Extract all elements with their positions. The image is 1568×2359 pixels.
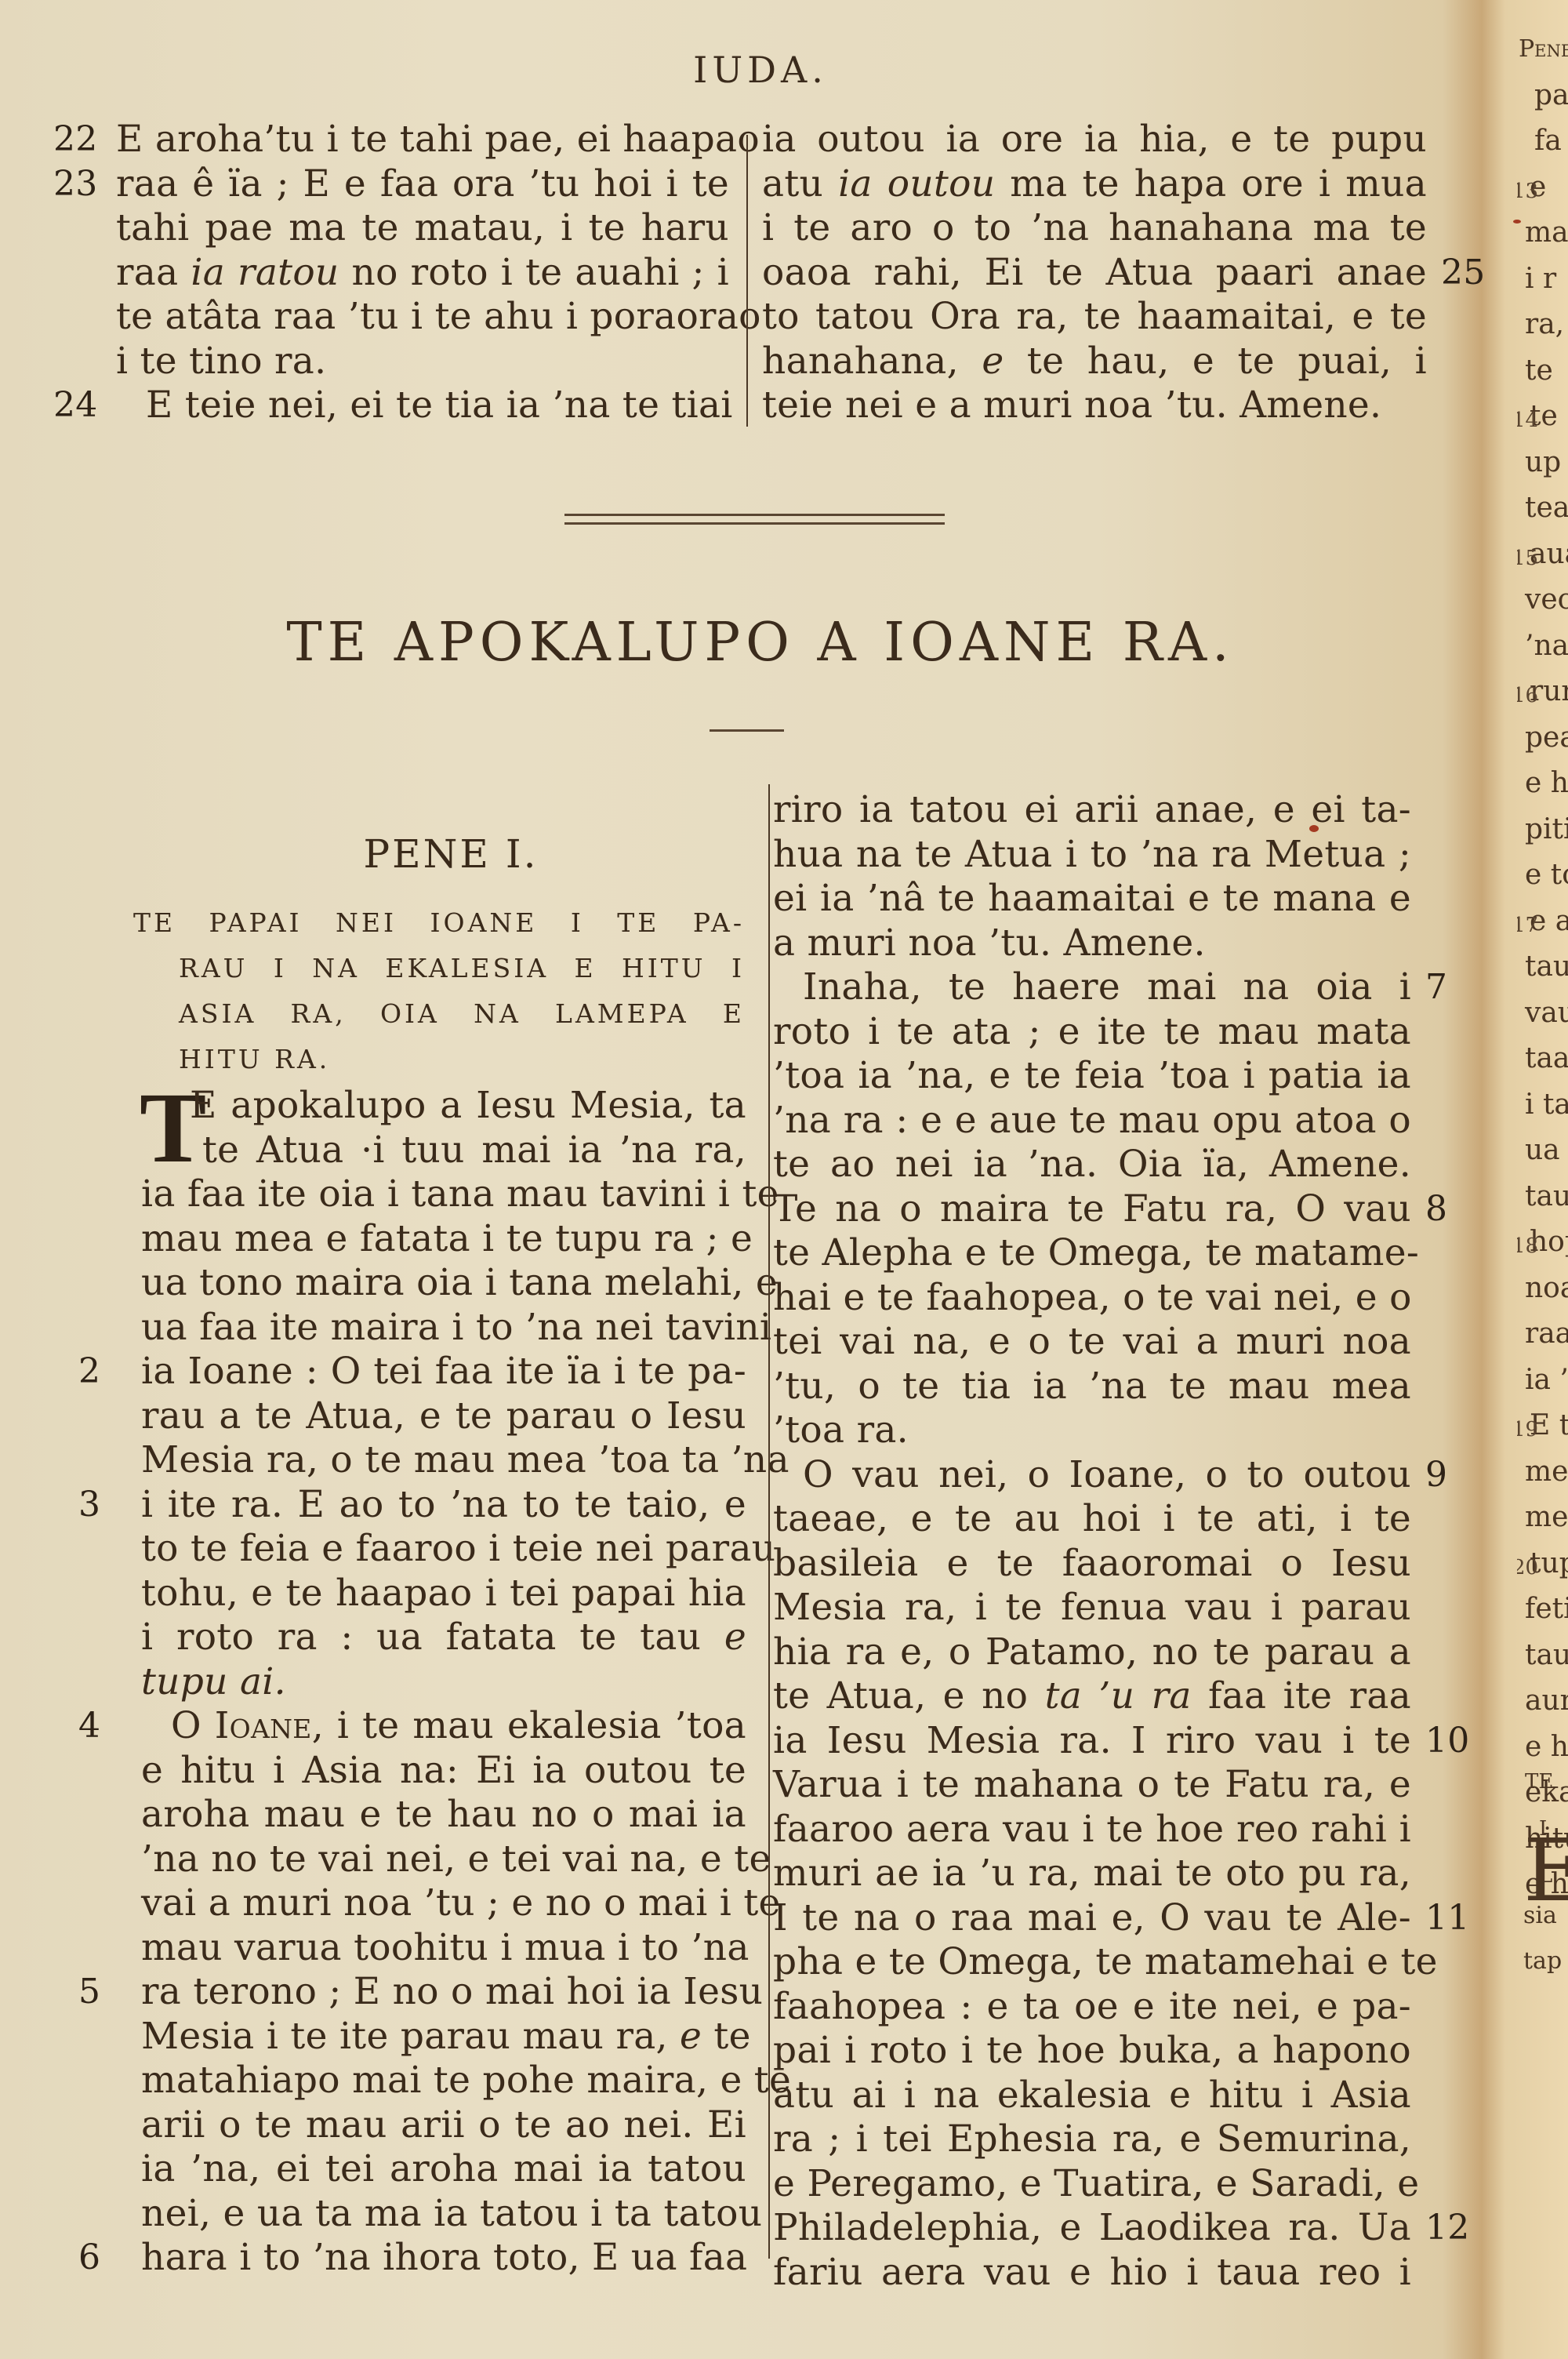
sliver-line: feti [1525, 1591, 1568, 1627]
text-segment: te hau, e te puai, i [1004, 340, 1427, 383]
sliver-line: e h [1525, 765, 1568, 801]
italic-text: e [680, 2015, 702, 2058]
line-text: hia ra e, o Patamo, no te parau a [773, 1630, 1411, 1674]
chapter-summary: TE PAPAI NEI IOANE I TE PA-RAU I NA EKAL… [133, 900, 745, 1082]
sliver-line: tea [1525, 490, 1568, 525]
sliver-line: piti [1525, 812, 1568, 847]
text-segment: ma te hapa ore i mua [995, 162, 1427, 205]
line-text: Mesia ra, o te mau mea ’toa ta ’na [141, 1438, 789, 1481]
sliver-verse-number: 15 [1517, 541, 1538, 576]
sliver-line: up [1525, 445, 1561, 480]
text-line: mau varua toohitu i mua i to ’na [141, 1926, 746, 1971]
text-line: O vau nei, o Ioane, o to outou9 [773, 1453, 1411, 1498]
text-line: vai a muri noa ’tu ; e no o mai i te [141, 1881, 746, 1926]
text-line: fariu aera vau e hio i taua reo i [773, 2251, 1411, 2295]
line-text: oaoa rahi, Ei te Atua paari anae [762, 251, 1427, 294]
text-segment: hanahana, [762, 340, 982, 383]
sliver-line: ra, [1525, 307, 1564, 342]
text-line: e Peregamo, e Tuatira, e Saradi, e [773, 2162, 1411, 2207]
line-text: tei vai na, e o te vai a muri noa [773, 1320, 1411, 1363]
line-text: rau a te Atua, e te parau o Iesu [141, 1394, 746, 1438]
text-line: E aroha’tu i te tahi pae, ei haapao22 [116, 118, 729, 162]
sliver-line: mea [1525, 1499, 1568, 1535]
text-line: ua tono maira oia i tana melahi, e [141, 1261, 746, 1306]
text-line: arii o te mau arii o te ao nei. Ei [141, 2103, 746, 2148]
line-text: te atâta raa ’tu i te ahu i poraorao [116, 295, 761, 338]
text-line: te Atua, e no ta ’u ra faa ite raa [773, 1674, 1411, 1719]
text-line: ’toa ia ’na, e te feia ’toa i patia ia [773, 1054, 1411, 1099]
verse-number: 7 [1425, 965, 1482, 1010]
line-text: ra ; i tei Ephesia ra, e Semurina, [773, 2117, 1411, 2161]
line-text: Te na o maira te Fatu ra, O vau [773, 1187, 1411, 1230]
text-line: ei ia ’nâ te haamaitai e te mana e [773, 877, 1411, 921]
short-rule-divider [710, 729, 784, 732]
sliver-line: taat [1525, 1041, 1568, 1076]
line-text: mau varua toohitu i mua i to ’na [141, 1926, 750, 1969]
line-text: Inaha, te haere mai na oia i [803, 965, 1411, 1009]
line-text: ia faa ite oia i tana mau tavini i te [141, 1172, 779, 1216]
column-divider-main [768, 784, 770, 2259]
sliver-verse-number: 18 [1517, 1229, 1538, 1264]
text-segment: atu [762, 162, 838, 205]
line-text: fariu aera vau e hio i taua reo i [773, 2251, 1411, 2294]
sliver-line: fa [1534, 123, 1562, 158]
text-line: basileia e te faaoromai o Iesu [773, 1542, 1411, 1587]
verse-number: 24 [53, 383, 100, 428]
text-segment: te [702, 2015, 751, 2058]
line-text: Varua i te mahana o te Fatu ra, e [773, 1763, 1411, 1806]
text-line: pha e te Omega, te matamehai e te [773, 1940, 1411, 1985]
line-text: ’toa ra. [773, 1408, 909, 1452]
text-line: mau mea e fatata i te tupu ra ; e [141, 1217, 746, 1262]
text-line: te Atua ·i tuu mai ia ’na ra, [141, 1129, 746, 1173]
text-segment: Mesia i te ite parau mau ra, [141, 2015, 680, 2058]
line-text: matahiapo mai te pohe maira, e te [141, 2059, 791, 2102]
text-line: ia Iesu Mesia ra. I riro vau i te10 [773, 1719, 1411, 1764]
book-title: TE APOKALUPO A IOANE RA. [0, 612, 1521, 674]
text-line: Mesia ra, i te fenua vau i parau [773, 1586, 1411, 1630]
line-text: E apokalupo a Iesu Mesia, ta [190, 1084, 746, 1127]
sliver-line: ma [1525, 215, 1568, 250]
text-line: roto i te ata ; e ite te mau mata [773, 1010, 1411, 1055]
text-line: Varua i te mahana o te Fatu ra, e [773, 1763, 1411, 1808]
line-text: I te na o raa mai e, O vau te Ale- [773, 1896, 1411, 1939]
line-text: Mesia ra, i te fenua vau i parau [773, 1586, 1411, 1629]
text-line: ra ; i tei Ephesia ra, e Semurina, [773, 2117, 1411, 2162]
line-text: a muri noa ’tu. Amene. [773, 921, 1206, 965]
text-line: O Ioane, i te mau ekalesia ’toa4 [141, 1704, 746, 1749]
sliver-line: sia [1523, 1898, 1557, 1933]
text-line: te atâta raa ’tu i te ahu i poraorao [116, 295, 729, 340]
chapter-right-column: riro ia tatou ei arii anae, e ei ta-hua … [773, 788, 1411, 2295]
line-text: E aroha’tu i te tahi pae, ei haapao [116, 118, 760, 161]
summary-line: ASIA RA, OIA NA LAMEPA E [133, 991, 745, 1037]
verse-number: 2 [78, 1350, 125, 1394]
text-line: te ao nei ia ’na. Oia ïa, Amene. [773, 1143, 1411, 1187]
sliver-line: tau [1525, 1637, 1568, 1673]
text-line: rau a te Atua, e te parau o Iesu [141, 1394, 746, 1439]
text-line: Mesia ra, o te mau mea ’toa ta ’na [141, 1438, 746, 1483]
text-line: te Alepha e te Omega, te matame- [773, 1231, 1411, 1276]
line-text: O vau nei, o Ioane, o to outou [803, 1453, 1411, 1496]
italic-text: ia outou [838, 162, 995, 205]
sliver-line: e to [1525, 857, 1568, 892]
italic-text: e [724, 1616, 746, 1659]
text-line: ’toa ra. [773, 1408, 1411, 1453]
line-text: ’na no te vai nei, e tei vai na, e te [141, 1837, 771, 1881]
sliver-line: aur [1525, 1683, 1568, 1718]
text-line: ’na no te vai nei, e tei vai na, e te [141, 1837, 746, 1882]
sliver-line: ia ’u [1525, 1362, 1568, 1398]
sliver-line: te [1525, 353, 1553, 388]
line-text: Philadelephia, e Laodikea ra. Ua [773, 2206, 1411, 2249]
line-text: ia outou ia ore ia hia, e te pupu [762, 118, 1427, 161]
sliver-line: tau [1525, 1179, 1568, 1214]
text-segment: i roto ra : ua fatata te tau [141, 1616, 724, 1659]
text-line: faaroo aera vau i te hoe reo rahi i [773, 1808, 1411, 1852]
column-divider-top [746, 135, 748, 427]
chapter-left-column: E apokalupo a Iesu Mesia, tate Atua ·i t… [141, 1084, 746, 2281]
sliver-line: pea [1525, 720, 1568, 755]
text-line: i roto ra : ua fatata te tau e [141, 1616, 746, 1660]
text-line: i te tino ra. [116, 340, 729, 384]
line-text: ua faa ite maira i to ’na nei tavini [141, 1306, 771, 1349]
summary-line: RAU I NA EKALESIA E HITU I [133, 946, 745, 991]
line-text: ’tu, o te tia ia ’na te mau mea [773, 1365, 1411, 1408]
text-line: atu ia outou ma te hapa ore i mua [762, 162, 1427, 207]
text-line: E apokalupo a Iesu Mesia, ta [141, 1084, 746, 1129]
line-text: hara i to ’na ihora toto, E ua faa [141, 2236, 747, 2279]
line-text: ua tono maira oia i tana melahi, e [141, 1261, 778, 1304]
line-text: atu ai i na ekalesia e hitu i Asia [773, 2074, 1411, 2117]
jude-right-column: ia outou ia ore ia hia, e te pupuatu ia … [762, 118, 1427, 428]
line-text: ei ia ’nâ te haamaitai e te mana e [773, 877, 1411, 920]
italic-text: tupu ai. [141, 1660, 286, 1703]
line-text: basileia e te faaoromai o Iesu [773, 1542, 1411, 1585]
verse-number: 12 [1425, 2206, 1482, 2251]
sliver-line: vau [1525, 995, 1568, 1030]
verse-number: 3 [78, 1483, 125, 1528]
line-text: ia Ioane : O tei faa ite ïa i te pa- [141, 1350, 746, 1393]
sliver-heading-line: TE [1525, 1765, 1553, 1800]
text-line: tahi pae ma te matau, i te haru [116, 206, 729, 251]
text-line: tupu ai. [141, 1660, 746, 1705]
text-segment: no roto i te auahi ; i [339, 251, 729, 294]
text-line: ia ’na, ei tei aroha mai ia tatou [141, 2147, 746, 2192]
text-line: teie nei e a muri noa ’tu. Amene. [762, 383, 1427, 428]
text-line: Te na o maira te Fatu ra, O vau8 [773, 1187, 1411, 1232]
line-text: to te feia e faaroo i teie nei parau [141, 1527, 775, 1570]
running-head: IUDA. [0, 49, 1521, 91]
line-text: faahopea : e ta oe e ite nei, e pa- [773, 1985, 1411, 2028]
line-text: i te tino ra. [116, 340, 326, 383]
text-line: ’na ra : e e aue te mau opu atoa o [773, 1099, 1411, 1143]
text-line: muri ae ia ’u ra, mai te oto pu ra, [773, 1852, 1411, 1896]
italic-text: ta ’u ra [1045, 1674, 1192, 1717]
italic-text: e [982, 340, 1004, 383]
verse-number: 22 [53, 118, 100, 162]
text-line: Philadelephia, e Laodikea ra. Ua12 [773, 2206, 1411, 2251]
line-text: ’na ra : e e aue te mau opu atoa o [773, 1099, 1411, 1142]
line-text: aroha mau e te hau no o mai ia [141, 1793, 746, 1836]
text-segment: te Atua, e no [773, 1674, 1045, 1717]
text-line: ia Ioane : O tei faa ite ïa i te pa-2 [141, 1350, 746, 1394]
sliver-line: Pene [1519, 31, 1568, 67]
sliver-verse-number: 19 [1517, 1412, 1538, 1448]
sliver-line: mea [1525, 1454, 1568, 1489]
sliver-line: pa [1534, 78, 1568, 113]
text-line: nei, e ua ta ma ia tatou i ta tatou [141, 2192, 746, 2237]
text-line: ’tu, o te tia ia ’na te mau mea [773, 1365, 1411, 1409]
text-line: atu ai i na ekalesia e hitu i Asia [773, 2074, 1411, 2118]
jude-left-column: E aroha’tu i te tahi pae, ei haapao22raa… [116, 118, 729, 428]
verse-number: 8 [1425, 1187, 1482, 1232]
text-segment: O [171, 1704, 215, 1747]
sliver-line: ’na [1525, 628, 1568, 663]
text-line: hia ra e, o Patamo, no te parau a [773, 1630, 1411, 1675]
sliver-verse-number: 20 [1517, 1550, 1538, 1586]
text-line: E teie nei, ei te tia ia ’na te tiai24 [116, 383, 729, 428]
text-line: e hitu i Asia na: Ei ia outou te [141, 1749, 746, 1794]
verse-number: 9 [1425, 1453, 1482, 1498]
line-text: muri ae ia ’u ra, mai te oto pu ra, [773, 1852, 1411, 1895]
ink-stain-mark [1513, 220, 1521, 224]
verse-number: 6 [78, 2236, 125, 2281]
line-text: pai i roto i te hoe buka, a hapono [773, 2029, 1411, 2072]
line-text: ’toa ia ’na, e te feia ’toa i patia ia [773, 1054, 1411, 1097]
text-line: hua na te Atua i to ’na ra Metua ; [773, 833, 1411, 878]
line-text: E teie nei, ei te tia ia ’na te tiai [146, 383, 733, 427]
summary-line: HITU RA. [133, 1037, 745, 1082]
sliver-verse-number: 13 [1517, 174, 1538, 209]
text-line: i te aro o to ’na hanahana ma te [762, 206, 1427, 251]
double-rule-divider [564, 514, 945, 531]
text-line: Mesia i te ite parau mau ra, e te [141, 2015, 746, 2059]
text-line: ra terono ; E no o mai hoi ia Iesu5 [141, 1970, 746, 2015]
text-line: ia faa ite oia i tana mau tavini i te [141, 1172, 746, 1217]
line-text: to tatou Ora ra, te haamaitai, e te [762, 295, 1427, 338]
sliver-line: noa [1525, 1270, 1568, 1306]
line-text: taeae, e te au hoi i te ati, i te [773, 1497, 1411, 1540]
verse-number: 11 [1425, 1896, 1482, 1941]
line-text: pha e te Omega, te matamehai e te [773, 1940, 1438, 1983]
text-line: Inaha, te haere mai na oia i7 [773, 965, 1411, 1010]
sliver-line: tap [1523, 1943, 1562, 1979]
line-text: tohu, e te haapao i tei papai hia [141, 1572, 746, 1615]
verse-number: 23 [53, 162, 100, 207]
sliver-verse-number: 14 [1517, 403, 1538, 438]
sliver-line: ua r [1525, 1132, 1568, 1168]
line-text: ra terono ; E no o mai hoi ia Iesu [141, 1970, 763, 2013]
line-text: hai e te faahopea, o te vai nei, e o [773, 1276, 1412, 1319]
text-line: faahopea : e ta oe e ite nei, e pa- [773, 1985, 1411, 2030]
verse-number: 4 [78, 1704, 125, 1749]
text-line: hanahana, e te hau, e te puai, i [762, 340, 1427, 384]
line-text: i ite ra. E ao to ’na to te taio, e [141, 1483, 746, 1526]
sliver-line: e hi [1525, 1729, 1568, 1765]
text-line: pai i roto i te hoe buka, a hapono [773, 2029, 1411, 2074]
line-text: i te aro o to ’na hanahana ma te [762, 206, 1427, 249]
line-text: vai a muri noa ’tu ; e no o mai i te [141, 1881, 781, 1925]
adjacent-page-sliver: Penepafae13mai rra,tete14upteaaua15vec’n… [1517, 0, 1568, 2359]
text-line: hara i to ’na ihora toto, E ua faa6 [141, 2236, 746, 2281]
line-text: te Atua ·i tuu mai ia ’na ra, [202, 1129, 746, 1172]
line-text: e Peregamo, e Tuatira, e Saradi, e [773, 2162, 1419, 2205]
sliver-line: raa [1525, 1316, 1568, 1351]
text-line: to te feia e faaroo i teie nei parau [141, 1527, 746, 1572]
sliver-line: tau [1525, 949, 1568, 984]
line-text: te Alepha e te Omega, te matame- [773, 1231, 1419, 1274]
text-line: ia outou ia ore ia hia, e te pupu [762, 118, 1427, 162]
line-text: mau mea e fatata i te tupu ra ; e [141, 1217, 753, 1260]
text-line: tei vai na, e o te vai a muri noa [773, 1320, 1411, 1365]
text-line: raa ê ïa ; E e faa ora ’tu hoi i te23 [116, 162, 729, 207]
text-segment: faa ite raa [1192, 1674, 1411, 1717]
smallcaps-text: Ioane [215, 1704, 312, 1747]
text-line: to tatou Ora ra, te haamaitai, e te [762, 295, 1427, 340]
verse-number: 25 [1441, 251, 1497, 296]
verse-number: 5 [78, 1970, 125, 2015]
sliver-line: i ta [1525, 1087, 1568, 1122]
text-line: oaoa rahi, Ei te Atua paari anae25 [762, 251, 1427, 296]
text-line: I te na o raa mai e, O vau te Ale-11 [773, 1896, 1411, 1941]
chapter-heading: PENE I. [133, 831, 768, 877]
line-text: e hitu i Asia na: Ei ia outou te [141, 1749, 746, 1792]
line-text: arii o te mau arii o te ao nei. Ei [141, 2103, 746, 2146]
line-text: ia ’na, ei tei aroha mai ia tatou [141, 2147, 746, 2190]
line-text: nei, e ua ta ma ia tatou i ta tatou [141, 2192, 762, 2235]
text-line: hai e te faahopea, o te vai nei, e o [773, 1276, 1411, 1321]
text-line: i ite ra. E ao to ’na to te taio, e3 [141, 1483, 746, 1528]
text-line: matahiapo mai te pohe maira, e te [141, 2059, 746, 2103]
text-line: ua faa ite maira i to ’na nei tavini [141, 1306, 746, 1350]
text-line: taeae, e te au hoi i te ati, i te [773, 1497, 1411, 1542]
line-text: ia Iesu Mesia ra. I riro vau i te [773, 1719, 1411, 1762]
text-segment: , i te mau ekalesia ’toa [312, 1704, 746, 1747]
sliver-verse-number: 16 [1517, 678, 1538, 714]
line-text: faaroo aera vau i te hoe reo rahi i [773, 1808, 1411, 1851]
line-text: te ao nei ia ’na. Oia ïa, Amene. [773, 1143, 1411, 1186]
sliver-line: i r [1525, 261, 1556, 296]
sliver-line: vec [1525, 582, 1568, 617]
text-line: a muri noa ’tu. Amene. [773, 921, 1411, 966]
line-text: raa ê ïa ; E e faa ora ’tu hoi i te [116, 162, 729, 205]
line-text: tahi pae ma te matau, i te haru [116, 206, 729, 249]
text-segment: raa [116, 251, 191, 294]
line-text: roto i te ata ; e ite te mau mata [773, 1010, 1411, 1053]
verse-number: 10 [1425, 1719, 1482, 1764]
summary-line: TE PAPAI NEI IOANE I TE PA- [133, 900, 745, 946]
line-text: teie nei e a muri noa ’tu. Amene. [762, 383, 1381, 427]
text-line: raa ia ratou no roto i te auahi ; i [116, 251, 729, 296]
italic-text: ia ratou [191, 251, 339, 294]
bible-page: IUDA. E aroha’tu i te tahi pae, ei haapa… [0, 0, 1474, 2359]
ink-stain-mark [1309, 825, 1319, 832]
text-line: tohu, e te haapao i tei papai hia [141, 1572, 746, 1616]
text-line: aroha mau e te hau no o mai ia [141, 1793, 746, 1837]
sliver-verse-number: 17 [1517, 908, 1538, 943]
line-text: hua na te Atua i to ’na ra Metua ; [773, 833, 1411, 876]
